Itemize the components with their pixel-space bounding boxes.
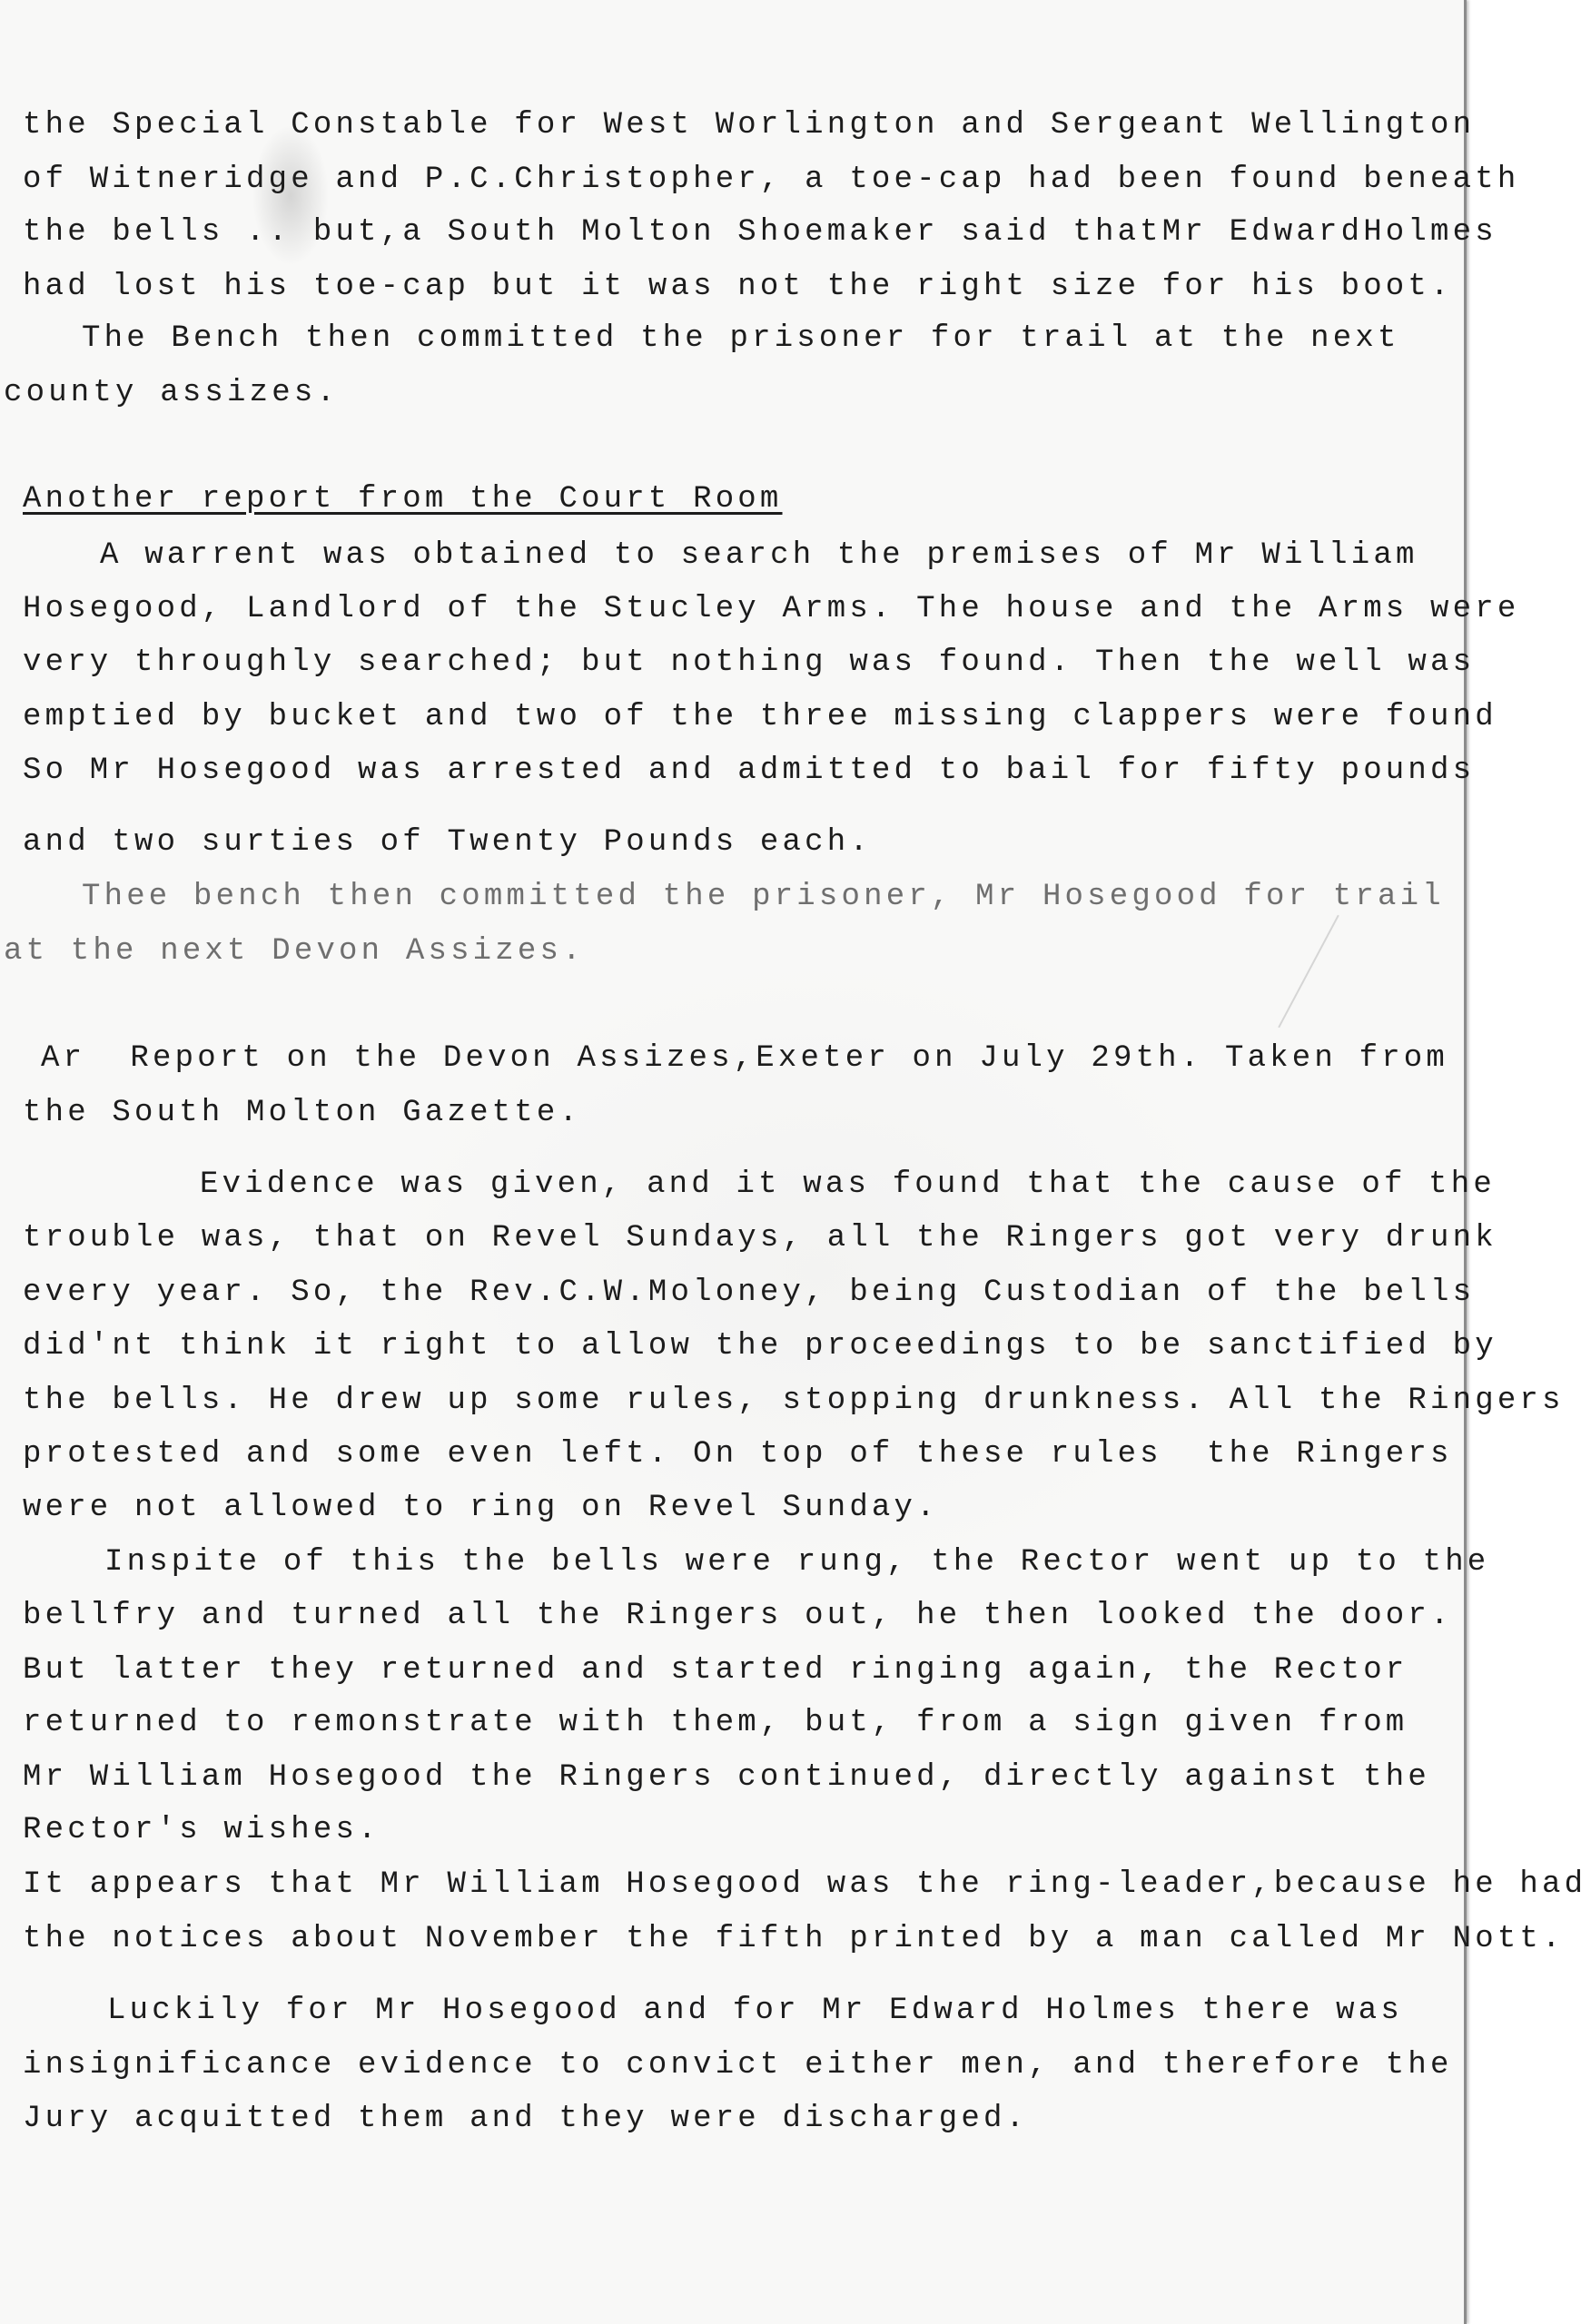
text-line: returned to remonstrate with them, but, …	[23, 1705, 1408, 1741]
text-line: insignificance evidence to convict eithe…	[23, 2047, 1453, 2083]
text-line: very throughly searched; but nothing was…	[23, 645, 1475, 681]
text-line: The Bench then committed the prisoner fo…	[82, 320, 1400, 357]
text-line: A warrent was obtained to search the pre…	[100, 537, 1418, 574]
text-line: emptied by bucket and two of the three m…	[23, 699, 1497, 735]
text-line: were not allowed to ring on Revel Sunday…	[23, 1490, 939, 1526]
text-line: But latter they returned and started rin…	[23, 1652, 1408, 1689]
text-line: the Special Constable for West Worlingto…	[23, 107, 1475, 143]
typewritten-page: the Special Constable for West Worlingto…	[0, 0, 1467, 2324]
text-line: Luckily for Mr Hosegood and for Mr Edwar…	[107, 1993, 1403, 2029]
text-line: Rector's wishes.	[23, 1812, 380, 1848]
text-line: Hosegood, Landlord of the Stucley Arms. …	[23, 591, 1519, 627]
paper-crease	[1278, 915, 1339, 1029]
text-line: Jury acquitted them and they were discha…	[23, 2101, 1028, 2137]
text-line: the South Molton Gazette.	[23, 1095, 581, 1131]
text-line: Evidence was given, and it was found tha…	[200, 1167, 1496, 1203]
text-line: the notices about November the fifth pri…	[23, 1921, 1565, 1957]
text-line: had lost his toe-cap but it was not the …	[23, 269, 1453, 305]
text-line: trouble was, that on Revel Sundays, all …	[23, 1220, 1497, 1256]
text-line: did'nt think it right to allow the proce…	[23, 1328, 1497, 1364]
section-heading: Another report from the Court Room	[23, 481, 783, 517]
text-line: Ar Report on the Devon Assizes,Exeter on…	[41, 1040, 1448, 1077]
text-line: It appears that Mr William Hosegood was …	[23, 1866, 1581, 1903]
text-line: Thee bench then committed the prisoner, …	[82, 879, 1445, 915]
text-line: Inspite of this the bells were rung, the…	[104, 1544, 1489, 1581]
text-line: the bells. He drew up some rules, stoppi…	[23, 1383, 1565, 1419]
text-line: every year. So, the Rev.C.W.Moloney, bei…	[23, 1275, 1475, 1311]
text-line: at the next Devon Assizes.	[4, 933, 585, 970]
text-line: protested and some even left. On top of …	[23, 1436, 1453, 1472]
text-line: bellfry and turned all the Ringers out, …	[23, 1598, 1453, 1634]
text-line: Mr William Hosegood the Ringers continue…	[23, 1759, 1430, 1796]
text-line: and two surties of Twenty Pounds each.	[23, 824, 872, 861]
text-line: county assizes.	[4, 375, 339, 411]
text-line: of Witneridge and P.C.Christopher, a toe…	[23, 162, 1519, 198]
text-line: So Mr Hosegood was arrested and admitted…	[23, 753, 1475, 789]
text-line: the bells .. but,a South Molton Shoemake…	[23, 214, 1497, 251]
